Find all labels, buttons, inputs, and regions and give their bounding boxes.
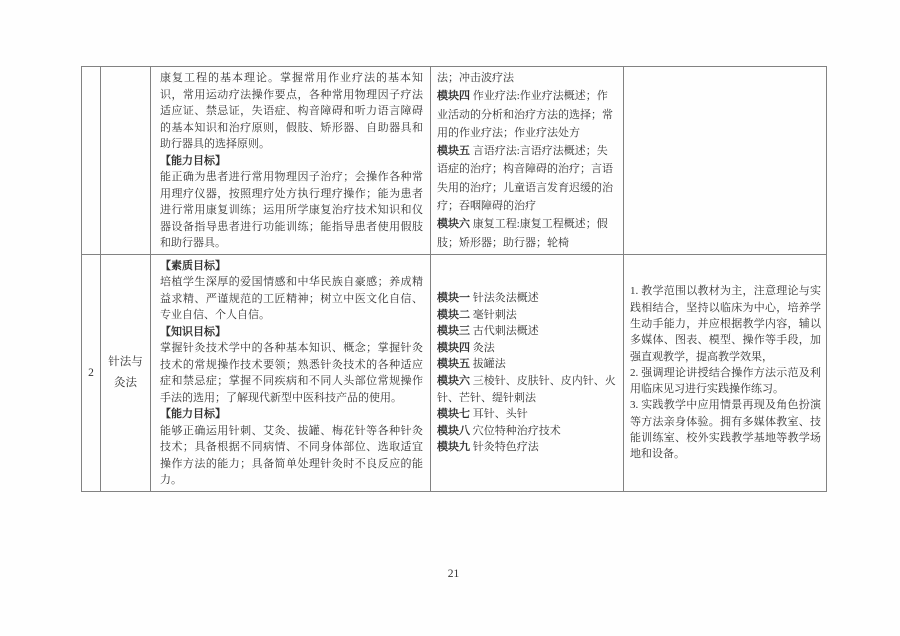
objective-paragraph: 培植学生深厚的爱国情感和中华民族自豪感；养成精益求精、严谨规范的工匠精神；树立中… [160, 274, 423, 324]
objective-paragraph: 康复工程的基本理论。掌握常用作业疗法的基本知识，常用运动疗法操作要点，各种常用物… [160, 70, 423, 153]
curriculum-table: 康复工程的基本理论。掌握常用作业疗法的基本知识，常用运动疗法操作要点，各种常用物… [81, 66, 827, 492]
requirement-item: 2. 强调理论讲授结合操作方法示范及利用临床见习进行实践操作练习。 [630, 365, 821, 398]
module-text: 灸法 [473, 342, 495, 354]
module-text: 拔罐法 [473, 358, 506, 370]
module-item: 模块八 穴位特种治疗技术 [437, 423, 618, 440]
module-item: 模块五 拔罐法 [437, 356, 618, 373]
requirement-item: 3. 实践教学中应用情景再现及角色扮演等方法亲身体验。拥有多媒体教室、技能训练室… [630, 397, 821, 462]
table-row-acupuncture: 2 针法与灸法 【素质目标】 培植学生深厚的爱国情感和中华民族自豪感；养成精益求… [82, 254, 827, 491]
module-item: 模块二 毫针刺法 [437, 307, 618, 324]
objective-paragraph: 能正确为患者进行常用物理因子治疗；会操作各种常用理疗仪器，按照理疗处方执行理疗操… [160, 169, 423, 252]
module-label: 模块四 [437, 90, 470, 102]
module-text: 针灸特色疗法 [473, 441, 539, 453]
modules-cell: 法；冲击波疗法 模块四 作业疗法:作业疗法概述；作业活动的分析和治疗方法的选择；… [431, 67, 624, 255]
module-label: 模块七 [437, 408, 470, 420]
module-item: 模块三 古代刺法概述 [437, 323, 618, 340]
module-item: 模块一 针法灸法概述 [437, 290, 618, 307]
module-item: 模块七 耳针、头针 [437, 406, 618, 423]
module-label: 模块六 [437, 218, 470, 230]
module-item: 模块九 针灸特色疗法 [437, 439, 618, 456]
module-label: 模块五 [437, 358, 470, 370]
objective-paragraph: 掌握针灸技术学中的各种基本知识、概念；掌握针灸技术的常规操作技术要领；熟悉针灸技… [160, 340, 423, 406]
modules-cell: 模块一 针法灸法概述 模块二 毫针刺法 模块三 古代刺法概述 模块四 灸法 模块… [431, 254, 624, 491]
module-label: 模块六 [437, 375, 470, 387]
module-item: 模块六 康复工程:康复工程概述；假肢；矫形器；助行器；轮椅 [437, 215, 618, 252]
module-label: 模块九 [437, 441, 470, 453]
module-item: 模块六 三棱针、皮肤针、皮内针、火针、芒针、缇针刺法 [437, 373, 618, 406]
module-carryover-text: 法；冲击波疗法 [437, 69, 618, 87]
table-row-continued: 康复工程的基本理论。掌握常用作业疗法的基本知识，常用运动疗法操作要点，各种常用物… [82, 67, 827, 255]
objective-header: 【能力目标】 [160, 153, 423, 170]
module-label: 模块一 [437, 292, 470, 304]
objective-header: 【素质目标】 [160, 258, 423, 275]
module-text: 针法灸法概述 [473, 292, 539, 304]
module-item: 模块四 灸法 [437, 340, 618, 357]
requirements-cell-empty [624, 67, 827, 255]
page-number: 21 [81, 568, 826, 580]
course-name-cell: 针法与灸法 [101, 254, 151, 491]
seq-cell-empty [82, 67, 101, 255]
module-text: 穴位特种治疗技术 [473, 425, 561, 437]
module-label: 模块八 [437, 425, 470, 437]
module-label: 模块四 [437, 342, 470, 354]
module-text: 耳针、头针 [473, 408, 528, 420]
requirements-cell: 1. 教学范围以教材为主，注意理论与实践相结合，坚持以临床为中心，培养学生动手能… [624, 254, 827, 491]
course-name-cell-empty [101, 67, 151, 255]
objective-header: 【知识目标】 [160, 324, 423, 341]
module-label: 模块二 [437, 309, 470, 321]
requirement-item: 1. 教学范围以教材为主，注意理论与实践相结合，坚持以临床为中心，培养学生动手能… [630, 283, 821, 364]
module-label: 模块三 [437, 325, 470, 337]
objective-header: 【能力目标】 [160, 406, 423, 423]
module-item: 模块五 言语疗法:言语疗法概述；失语症的治疗；构音障碍的治疗；言语失用的治疗；儿… [437, 142, 618, 215]
objective-paragraph: 能够正确运用针刺、艾灸、拔罐、梅花针等各种针灸技术；具备根据不同病情、不同身体部… [160, 423, 423, 489]
objectives-cell: 康复工程的基本理论。掌握常用作业疗法的基本知识，常用运动疗法操作要点，各种常用物… [151, 67, 431, 255]
module-text: 古代刺法概述 [473, 325, 539, 337]
module-text: 毫针刺法 [473, 309, 517, 321]
objectives-cell: 【素质目标】 培植学生深厚的爱国情感和中华民族自豪感；养成精益求精、严谨规范的工… [151, 254, 431, 491]
module-label: 模块五 [437, 145, 470, 157]
module-item: 模块四 作业疗法:作业疗法概述；作业活动的分析和治疗方法的选择；常用的作业疗法；… [437, 87, 618, 142]
seq-cell: 2 [82, 254, 101, 491]
